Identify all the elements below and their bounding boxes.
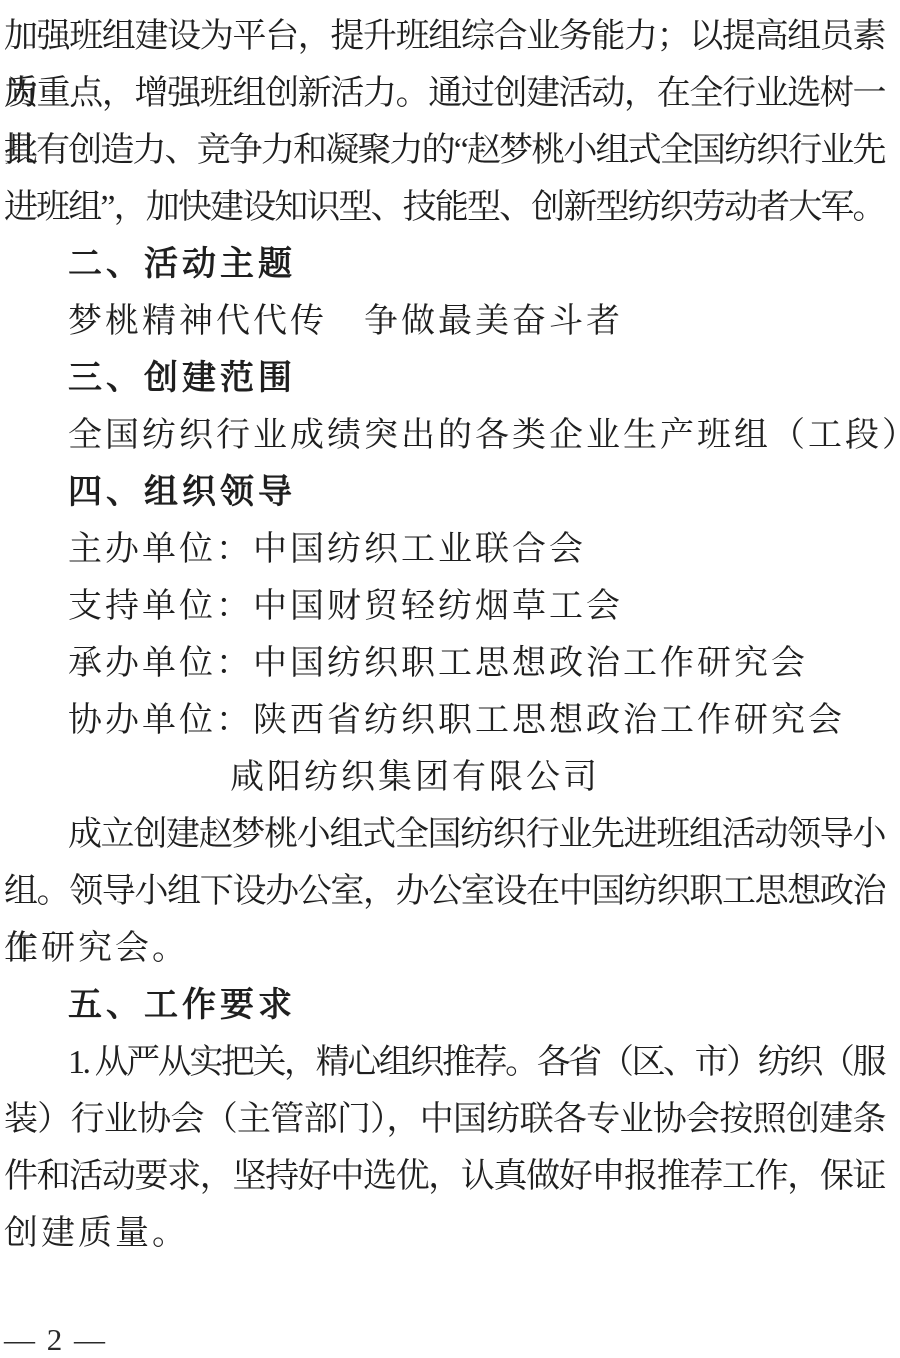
page-number: — 2 — [4,1322,107,1358]
section-heading-organization: 四、组织领导 [4,464,884,521]
paragraph-line: 创建质量。 [4,1205,884,1262]
paragraph-line: 成立创建赵梦桃小组式全国纺织行业先进班组活动领导小 [4,806,884,863]
paragraph-line: 作研究会。 [4,920,884,977]
paragraph-line: 具有创造力、竞争力和凝聚力的“赵梦桃小组式全国纺织行业先 [4,122,884,179]
paragraph-line: 装）行业协会（主管部门），中国纺联各专业协会按照创建条 [4,1091,884,1148]
co-organizer-unit-line: 协办单位：陕西省纺织职工思想政治工作研究会 [4,692,884,749]
section-heading-creation-scope: 三、创建范围 [4,350,884,407]
undertaking-unit-line: 承办单位：中国纺织职工思想政治工作研究会 [4,635,884,692]
document-body: 加强班组建设为平台，提升班组综合业务能力；以提高组员素质 为重点，增强班组创新活… [0,8,900,1262]
activity-theme-text: 梦桃精神代代传 争做最美奋斗者 [4,293,884,350]
paragraph-line: 进班组”，加快建设知识型、技能型、创新型纺织劳动者大军。 [4,179,884,236]
paragraph-line: 1. 从严从实把关，精心组织推荐。各省（区、市）纺织（服 [4,1034,884,1091]
section-heading-work-requirements: 五、工作要求 [4,977,884,1034]
document-page: 加强班组建设为平台，提升班组综合业务能力；以提高组员素质 为重点，增强班组创新活… [0,0,900,1358]
paragraph-line: 组。领导小组下设办公室，办公室设在中国纺织职工思想政治工 [4,863,884,920]
creation-scope-text: 全国纺织行业成绩突出的各类企业生产班组（工段）。 [4,407,884,464]
section-heading-activity-theme: 二、活动主题 [4,236,884,293]
paragraph-line: 件和活动要求，坚持好中选优，认真做好申报推荐工作，保证 [4,1148,884,1205]
co-organizer-unit-line-2: 咸阳纺织集团有限公司 [4,749,884,806]
host-unit-line: 主办单位：中国纺织工业联合会 [4,521,884,578]
paragraph-line: 加强班组建设为平台，提升班组综合业务能力；以提高组员素质 [4,8,884,65]
paragraph-line: 为重点，增强班组创新活力。通过创建活动，在全行业选树一批 [4,65,884,122]
support-unit-line: 支持单位：中国财贸轻纺烟草工会 [4,578,884,635]
